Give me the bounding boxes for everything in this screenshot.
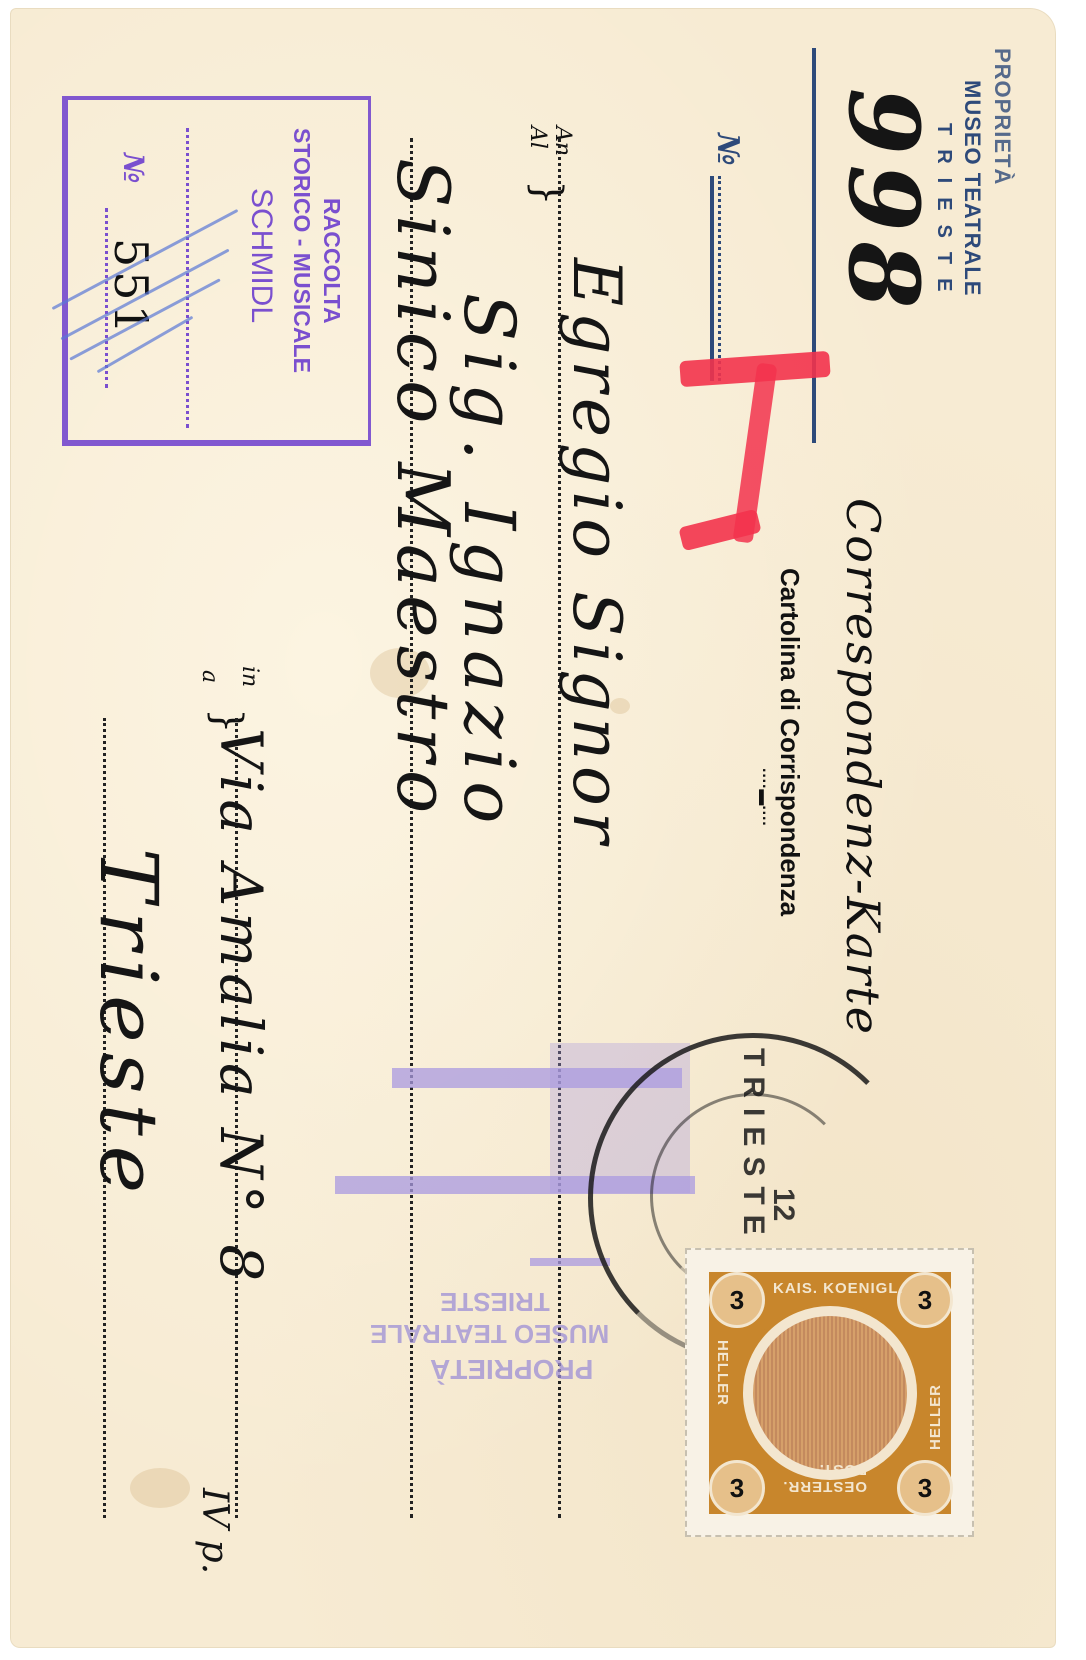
address-line-3: Sinico Maestro <box>381 158 465 821</box>
brace: } <box>524 180 570 205</box>
header-rule <box>812 48 816 443</box>
number-dotted-line <box>718 176 721 381</box>
stamp-denomination-bottom-left: 3 <box>709 1460 765 1516</box>
faded-stamp-line-2: MUSEO TEATRALE <box>370 1318 609 1349</box>
collection-stamp-number-label: № <box>117 153 150 183</box>
postmark-date: 12 <box>766 1188 800 1221</box>
postmark-city: TRIESTE <box>736 1048 770 1245</box>
stamp-bottom-text: OESTERR. POST. <box>762 1461 867 1495</box>
faded-stamp-line-3: TRIESTE <box>440 1286 550 1317</box>
label-an: An <box>550 126 575 156</box>
stamp-denomination-bottom-right: 3 <box>897 1460 953 1516</box>
collection-stamp-line-1: RACCOLTA <box>318 198 345 324</box>
title-german: Correspondenz-Karte <box>836 498 890 1036</box>
postcard: PROPRIETÀ MUSEO TEATRALE TRIESTE 998 № C… <box>10 8 1056 1648</box>
handwritten-inventory-number: 998 <box>827 88 940 318</box>
stamp-top-text: KAIS. KOENIGL. <box>773 1280 904 1297</box>
address-line-1: Egregio Signor <box>558 258 635 849</box>
museum-line-1: PROPRIETÀ <box>989 48 1015 185</box>
number-rule <box>710 176 714 381</box>
stamp-right-text: HELLER <box>927 1384 944 1450</box>
postage-stamp-portrait <box>743 1306 917 1480</box>
address-line-5: Trieste <box>82 848 175 1203</box>
stain <box>130 1468 190 1508</box>
number-label: № <box>710 133 745 167</box>
stamp-left-text: HELLER <box>714 1340 731 1406</box>
collection-stamp-dotted-divider <box>186 128 189 428</box>
address-line-5-suffix: IV p. <box>194 1488 235 1574</box>
faded-stamp-line-1: PROPRIETÀ <box>430 1353 593 1385</box>
postage-stamp: 3 3 3 3 KAIS. KOENIGL. OESTERR. POST. HE… <box>685 1248 974 1537</box>
stamp-denomination-top-right: 3 <box>897 1272 953 1328</box>
title-italian: Cartolina di Corrispondenza <box>774 568 805 916</box>
collection-stamp-line-2: STORICO - MUSICALE <box>288 128 315 373</box>
museum-line-2: MUSEO TEATRALE <box>959 80 985 296</box>
collection-stamp-number: 551 <box>104 238 158 338</box>
label-in: in <box>237 666 262 687</box>
label-al: Al <box>525 126 550 149</box>
collection-stamp-line-3: SCHMIDL <box>244 188 278 323</box>
stamp-denomination-top-left: 3 <box>709 1272 765 1328</box>
separator-mark: ····▬···· <box>754 768 772 827</box>
red-tax-mark-cross <box>733 362 778 543</box>
faded-stamp-dash <box>530 1258 610 1266</box>
label-a: a <box>197 670 222 683</box>
address-line-4: Via Amalia N° 8 <box>207 728 275 1287</box>
